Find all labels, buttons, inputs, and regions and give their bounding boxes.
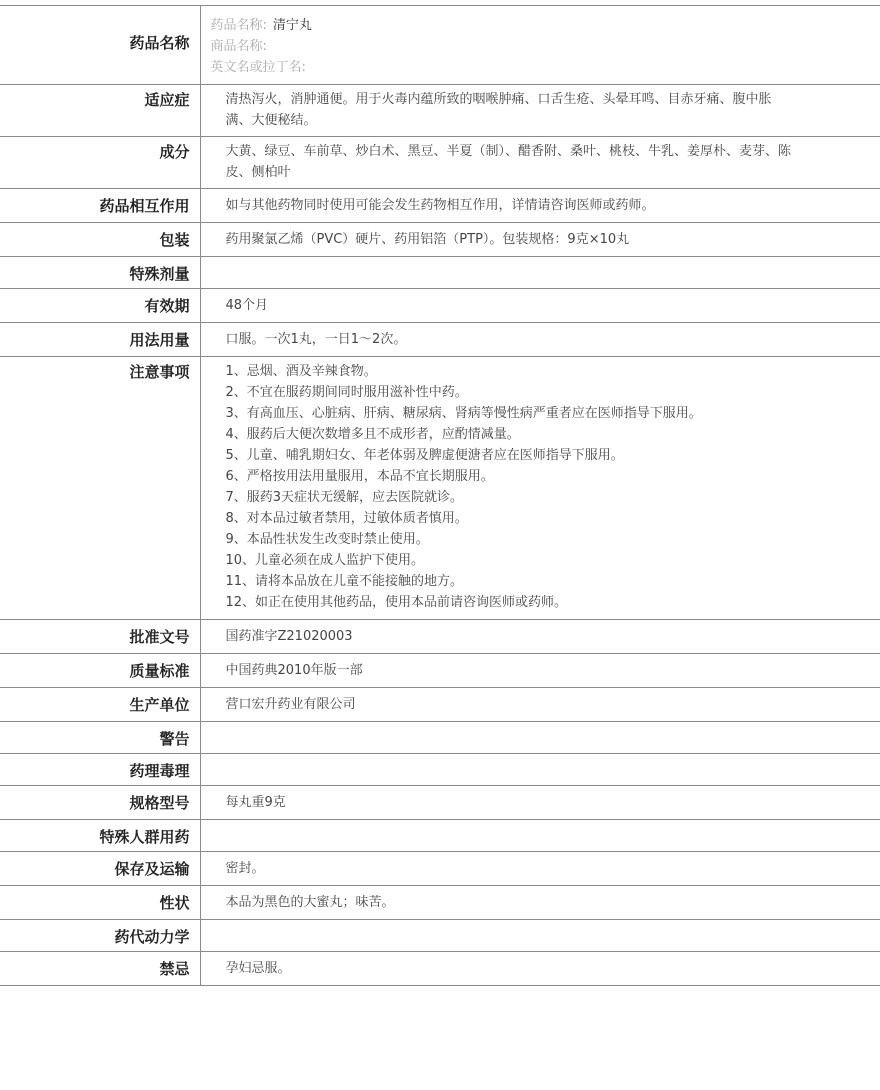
- label-packaging: 包装: [0, 223, 200, 257]
- value-storage-transport: 密封。: [200, 852, 880, 886]
- row-packaging: 包装 药用聚氯乙烯（PVC）硬片、药用铝箔（PTP）。包装规格：9克×10丸: [0, 223, 880, 257]
- row-warnings: 警告: [0, 722, 880, 754]
- value-pharmacology-toxicology: [200, 754, 880, 786]
- label-warnings: 警告: [0, 722, 200, 754]
- label-storage-transport: 保存及运输: [0, 852, 200, 886]
- label-specification: 规格型号: [0, 786, 200, 820]
- precaution-item: 5、儿童、哺乳期妇女、年老体弱及脾虚便溏者应在医师指导下服用。: [226, 445, 871, 466]
- value-interactions: 如与其他药物同时使用可能会发生药物相互作用，详情请咨询医师或药师。: [200, 189, 880, 223]
- value-manufacturer: 营口宏升药业有限公司: [200, 688, 880, 722]
- generic-name-line: 药品名称:清宁丸: [211, 15, 871, 36]
- row-shelf-life: 有效期 48个月: [0, 289, 880, 323]
- row-pharmacokinetics: 药代动力学: [0, 920, 880, 952]
- precaution-item: 12、如正在使用其他药品，使用本品前请咨询医师或药师。: [226, 592, 871, 613]
- label-shelf-life: 有效期: [0, 289, 200, 323]
- row-pharmacology-toxicology: 药理毒理: [0, 754, 880, 786]
- label-interactions: 药品相互作用: [0, 189, 200, 223]
- label-pharmacology-toxicology: 药理毒理: [0, 754, 200, 786]
- row-indications: 适应症 清热泻火，消肿通便。用于火毒内蕴所致的咽喉肿痛、口舌生疮、头晕耳鸣、目赤…: [0, 85, 880, 137]
- label-drug-name: 药品名称: [0, 6, 200, 85]
- label-description: 性状: [0, 886, 200, 920]
- value-ingredients-cell: 大黄、绿豆、车前草、炒白术、黑豆、半夏（制）、醋香附、桑叶、桃枝、牛乳、姜厚朴、…: [200, 137, 880, 189]
- value-special-dosage: [200, 257, 880, 289]
- precaution-item: 11、请将本品放在儿童不能接触的地方。: [226, 571, 871, 592]
- drug-info-sheet: 药品名称 药品名称:清宁丸 商品名称: 英文名或拉丁名: 适应症 清热泻火，消肿…: [0, 5, 880, 986]
- value-indications: 清热泻火，消肿通便。用于火毒内蕴所致的咽喉肿痛、口舌生疮、头晕耳鸣、目赤牙痛、腹…: [226, 89, 796, 131]
- row-interactions: 药品相互作用 如与其他药物同时使用可能会发生药物相互作用，详情请咨询医师或药师。: [0, 189, 880, 223]
- precaution-item: 4、服药后大便次数增多且不成形者，应酌情减量。: [226, 424, 871, 445]
- value-warnings: [200, 722, 880, 754]
- value-ingredients: 大黄、绿豆、车前草、炒白术、黑豆、半夏（制）、醋香附、桑叶、桃枝、牛乳、姜厚朴、…: [226, 141, 796, 183]
- value-approval-number: 国药准字Z21020003: [200, 620, 880, 654]
- english-name-line: 英文名或拉丁名:: [211, 57, 871, 78]
- precaution-item: 2、不宜在服药期间同时服用滋补性中药。: [226, 382, 871, 403]
- label-approval-number: 批准文号: [0, 620, 200, 654]
- value-pharmacokinetics: [200, 920, 880, 952]
- precaution-item: 8、对本品过敏者禁用，过敏体质者慎用。: [226, 508, 871, 529]
- label-dosage: 用法用量: [0, 323, 200, 357]
- value-packaging: 药用聚氯乙烯（PVC）硬片、药用铝箔（PTP）。包装规格：9克×10丸: [200, 223, 880, 257]
- generic-name-value: 清宁丸: [273, 18, 312, 33]
- row-ingredients: 成分 大黄、绿豆、车前草、炒白术、黑豆、半夏（制）、醋香附、桑叶、桃枝、牛乳、姜…: [0, 137, 880, 189]
- precaution-item: 6、严格按用法用量服用，本品不宜长期服用。: [226, 466, 871, 487]
- value-precautions: 1、忌烟、酒及辛辣食物。 2、不宜在服药期间同时服用滋补性中药。 3、有高血压、…: [200, 357, 880, 620]
- precaution-item: 1、忌烟、酒及辛辣食物。: [226, 361, 871, 382]
- value-specification: 每丸重9克: [200, 786, 880, 820]
- precaution-item: 3、有高血压、心脏病、肝病、糖尿病、肾病等慢性病严重者应在医师指导下服用。: [226, 403, 871, 424]
- precaution-item: 9、本品性状发生改变时禁止使用。: [226, 529, 871, 550]
- trade-name-key: 商品名称:: [211, 39, 267, 54]
- label-contraindications: 禁忌: [0, 952, 200, 986]
- drug-info-table: 药品名称 药品名称:清宁丸 商品名称: 英文名或拉丁名: 适应症 清热泻火，消肿…: [0, 5, 880, 986]
- row-drug-name: 药品名称 药品名称:清宁丸 商品名称: 英文名或拉丁名:: [0, 6, 880, 85]
- generic-name-key: 药品名称:: [211, 18, 267, 33]
- row-special-populations: 特殊人群用药: [0, 820, 880, 852]
- value-indications-cell: 清热泻火，消肿通便。用于火毒内蕴所致的咽喉肿痛、口舌生疮、头晕耳鸣、目赤牙痛、腹…: [200, 85, 880, 137]
- value-special-populations: [200, 820, 880, 852]
- value-dosage: 口服。一次1丸，一日1～2次。: [200, 323, 880, 357]
- row-specification: 规格型号 每丸重9克: [0, 786, 880, 820]
- value-description: 本品为黑色的大蜜丸；味苦。: [200, 886, 880, 920]
- precaution-item: 7、服药3天症状无缓解，应去医院就诊。: [226, 487, 871, 508]
- row-approval-number: 批准文号 国药准字Z21020003: [0, 620, 880, 654]
- row-precautions: 注意事项 1、忌烟、酒及辛辣食物。 2、不宜在服药期间同时服用滋补性中药。 3、…: [0, 357, 880, 620]
- label-special-dosage: 特殊剂量: [0, 257, 200, 289]
- value-quality-standard: 中国药典2010年版一部: [200, 654, 880, 688]
- label-quality-standard: 质量标准: [0, 654, 200, 688]
- label-precautions: 注意事项: [0, 357, 200, 620]
- value-shelf-life: 48个月: [200, 289, 880, 323]
- row-dosage: 用法用量 口服。一次1丸，一日1～2次。: [0, 323, 880, 357]
- label-manufacturer: 生产单位: [0, 688, 200, 722]
- row-contraindications: 禁忌 孕妇忌服。: [0, 952, 880, 986]
- row-storage-transport: 保存及运输 密封。: [0, 852, 880, 886]
- label-ingredients: 成分: [0, 137, 200, 189]
- label-special-populations: 特殊人群用药: [0, 820, 200, 852]
- value-drug-name: 药品名称:清宁丸 商品名称: 英文名或拉丁名:: [200, 6, 880, 85]
- row-manufacturer: 生产单位 营口宏升药业有限公司: [0, 688, 880, 722]
- trade-name-line: 商品名称:: [211, 36, 871, 57]
- label-pharmacokinetics: 药代动力学: [0, 920, 200, 952]
- row-description: 性状 本品为黑色的大蜜丸；味苦。: [0, 886, 880, 920]
- value-contraindications: 孕妇忌服。: [200, 952, 880, 986]
- precaution-item: 10、儿童必须在成人监护下使用。: [226, 550, 871, 571]
- label-indications: 适应症: [0, 85, 200, 137]
- english-name-key: 英文名或拉丁名:: [211, 60, 306, 75]
- row-quality-standard: 质量标准 中国药典2010年版一部: [0, 654, 880, 688]
- row-special-dosage: 特殊剂量: [0, 257, 880, 289]
